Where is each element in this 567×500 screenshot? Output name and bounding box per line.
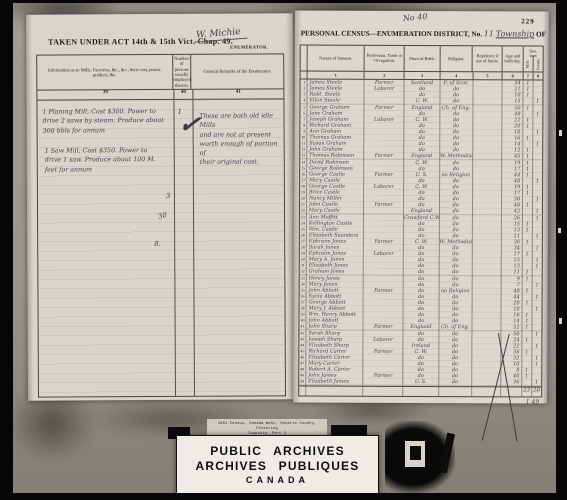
mills-table-header: Information as to Mills, Factories, &c.,… (37, 54, 283, 90)
stray-mark: 8. (154, 240, 161, 248)
colnum-4: 4 (440, 72, 473, 80)
district-number: 11 (484, 29, 494, 38)
census-table-header: Names of Inmates. Profession, Trade or O… (301, 45, 543, 72)
col-place-of-birth: Place of Birth. (405, 46, 441, 71)
sex-label: Sex. (529, 46, 537, 56)
cell-rel: do (439, 380, 472, 386)
census-table-body: 1James SteeleFarmerScotlandF. of Scot.54… (299, 80, 542, 387)
typed-label-line1: 1851 Census, Canada West, Ontario County… (207, 422, 327, 432)
right-page: No 40 229 PERSONAL CENSUS—ENUMERATION DI… (293, 10, 549, 403)
col-mills-info: Information as to Mills, Factories, &c.,… (37, 55, 173, 90)
census-title-suffix: OF (536, 31, 546, 39)
col-residence: Residence if out of limits. (473, 46, 503, 71)
cell-res (472, 380, 502, 386)
census-table: Names of Inmates. Profession, Trade or O… (298, 44, 544, 397)
total-male: 23 (522, 387, 531, 396)
film-edge-speck (559, 318, 562, 324)
col-occupation: Profession, Trade or Occupation. (365, 46, 405, 71)
mills-table-body: 1 Planing Mill, Cost $300. Power todrive… (37, 99, 285, 396)
cell-birth: U. S. (403, 379, 439, 385)
check-mark: ✓ (177, 109, 203, 142)
col-sex: Sex. Male. Female. (524, 46, 543, 71)
colnum-blank (301, 71, 308, 79)
film-edge-speck (558, 228, 561, 233)
colnum-3: 3 (405, 71, 441, 79)
totals-row: 23 26 (299, 385, 541, 396)
film-frame: TAKEN UNDER ACT 14th & 15th Vict. Chap. … (13, 3, 556, 493)
col-male: Male. (523, 56, 534, 71)
census-row: 50Elizabeth JamesU. S.do361 (299, 379, 541, 386)
col-religion: Religion. (440, 46, 473, 71)
microfilm-scan: TAKEN UNDER ACT 14th & 15th Vict. Chap. … (0, 0, 567, 500)
col-number-41: 41 (193, 89, 283, 98)
film-edge-speck (559, 130, 562, 136)
card-line-public-archives: PUBLIC ARCHIVES (210, 444, 345, 459)
colnum-7: 7 (524, 72, 533, 80)
cell-m (522, 380, 531, 386)
colnum-8: 8 (533, 72, 542, 80)
grand-total: 1 49 (526, 398, 539, 405)
colnum-6: 6 (503, 72, 524, 80)
col-persons-employed: Number of persons usually employed there… (173, 55, 191, 89)
col-female: Female. (534, 56, 544, 71)
stray-mark: 3 (166, 192, 171, 200)
handwritten-annotation: No 40 (402, 12, 427, 23)
column-divider (173, 100, 176, 396)
mills-table: Information as to Mills, Factories, &c.,… (36, 53, 286, 397)
cell-row-number: 50 (299, 379, 306, 385)
col-age: Age and birth day. (503, 46, 524, 71)
township-word: Township (496, 29, 535, 38)
card-line-canada: CANADA (246, 474, 309, 487)
stray-mark: 30 (157, 211, 168, 221)
enumerator-label: ENUMERATOR. (230, 44, 268, 49)
col-number-40: 40 (174, 90, 193, 99)
enumerator-remark: These are both old idle Millsand are not… (200, 111, 284, 167)
colnum-1: 1 (308, 71, 366, 79)
column-divider (192, 100, 195, 396)
film-fragment-core (410, 446, 421, 460)
col-names: Names of Inmates. (308, 46, 366, 71)
public-archives-card: PUBLIC ARCHIVES ARCHIVES PUBLIQUES CANAD… (176, 435, 379, 493)
col-general-remarks: General Remarks of the Enumerator. (191, 54, 283, 88)
total-female: 26 (532, 387, 541, 396)
left-page: TAKEN UNDER ACT 14th & 15th Vict. Chap. … (26, 13, 295, 400)
cell-f: 1 (532, 380, 541, 386)
mill-entry-2: 1 Saw Mill, Cost $350. Power todrive 1 s… (45, 146, 173, 175)
card-line-archives-publiques: ARCHIVES PUBLIQUES (196, 459, 360, 474)
enumerator-signature: W. Michie (194, 27, 247, 43)
colnum-5: 5 (473, 72, 503, 80)
mill-entry-1: 1 Planing Mill, Cost $300. Power todrive… (42, 107, 170, 136)
cell-occ (364, 379, 404, 385)
col-number-39: 39 (37, 90, 174, 100)
colnum-2: 2 (365, 71, 405, 79)
cell-age: 36 (502, 380, 523, 386)
page-number: 229 (521, 17, 535, 25)
census-title-prefix: PERSONAL CENSUS—ENUMERATION DISTRICT, No… (301, 29, 482, 38)
census-title: PERSONAL CENSUS—ENUMERATION DISTRICT, No… (301, 28, 543, 38)
cell-name: Elizabeth James (306, 379, 364, 385)
